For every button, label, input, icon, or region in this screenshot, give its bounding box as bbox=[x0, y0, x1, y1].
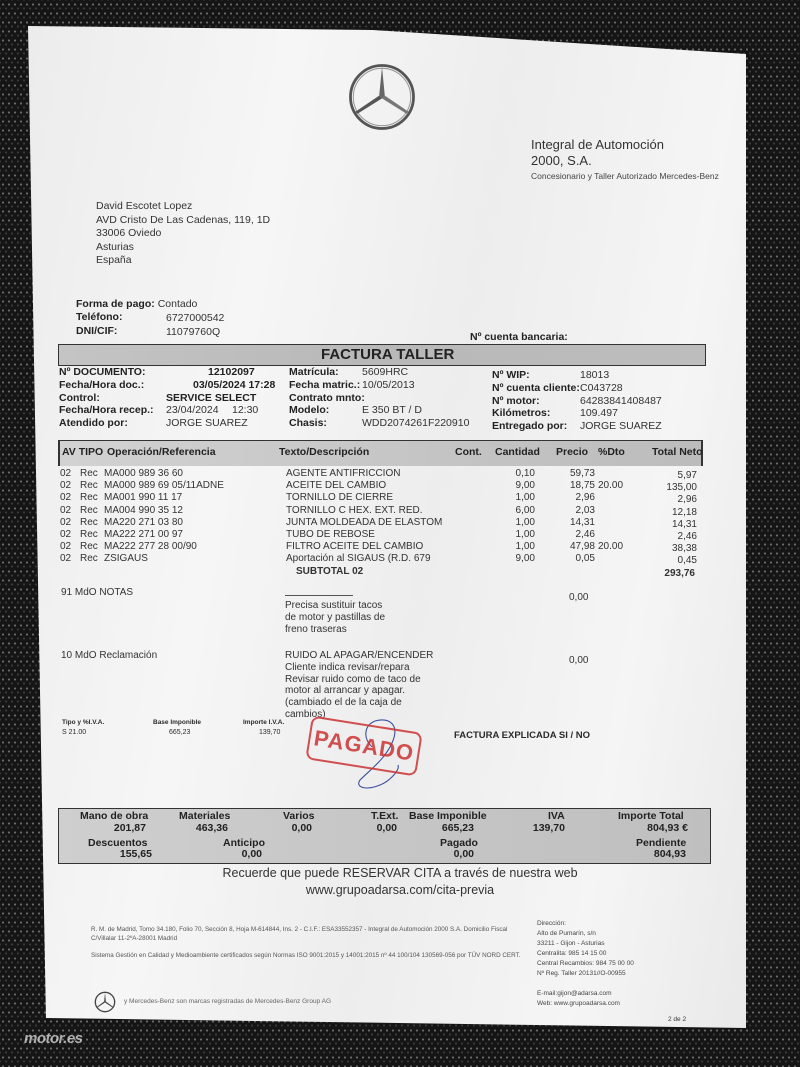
cell-tipo: Rec bbox=[80, 505, 98, 516]
external-label: T.Ext. bbox=[371, 810, 398, 822]
note-line: de motor y pastillas de bbox=[285, 612, 385, 623]
info-label: Chasis: bbox=[289, 417, 327, 429]
cell-ref: MA000 989 69 05/11ADNE bbox=[104, 480, 224, 491]
labor-value: 201,87 bbox=[80, 822, 146, 834]
info-label: Control: bbox=[59, 392, 100, 404]
cell-precio: 2,03 bbox=[545, 505, 595, 516]
col-total: Total Neto bbox=[652, 446, 703, 458]
cell-ref: MA222 277 28 00/90 bbox=[104, 541, 197, 552]
info-value: 109.497 bbox=[580, 407, 618, 419]
cell-total: 135,00 bbox=[640, 482, 697, 493]
note-line: Precisa sustituir tacos bbox=[285, 600, 382, 611]
pending-value: 804,93 bbox=[620, 848, 686, 860]
cell-av: 02 bbox=[60, 541, 71, 552]
cell-precio: 47,98 bbox=[545, 541, 595, 552]
vat-amount-value: 139,70 bbox=[259, 729, 280, 736]
customer-country: España bbox=[96, 254, 270, 268]
cell-tipo: Rec bbox=[80, 553, 98, 564]
note-amount: 0,00 bbox=[569, 592, 588, 603]
cell-cantidad: 9,00 bbox=[490, 480, 535, 491]
info-value: WDD2074261F220910 bbox=[362, 417, 469, 429]
paid-value: 0,00 bbox=[430, 848, 474, 860]
notes-divider bbox=[285, 595, 353, 596]
contact-address1: Alto de Pumarín, s/n bbox=[537, 929, 634, 939]
advance-value: 0,00 bbox=[215, 848, 262, 860]
contact-block: Dirección: Alto de Pumarín, s/n 33211 - … bbox=[537, 919, 634, 1009]
subtotal-label: SUBTOTAL 02 bbox=[296, 566, 363, 577]
note-line: (cambiado el de la caja de bbox=[285, 697, 402, 708]
cell-av: 02 bbox=[60, 517, 71, 528]
materials-label: Materiales bbox=[179, 810, 230, 822]
factura-explicada: FACTURA EXPLICADA SI / NO bbox=[454, 730, 590, 741]
cell-tipo: Rec bbox=[80, 492, 98, 503]
info-value: JORGE SUAREZ bbox=[580, 420, 662, 432]
contact-label: Dirección: bbox=[537, 919, 634, 929]
info-label: Kilómetros: bbox=[492, 407, 550, 419]
cell-desc: AGENTE ANTIFRICCION bbox=[286, 468, 400, 479]
phone: Teléfono: bbox=[76, 311, 122, 323]
col-dto: %Dto bbox=[598, 446, 625, 458]
dni: DNI/CIF: bbox=[76, 325, 117, 337]
note-line: RUIDO AL APAGAR/ENCENDER bbox=[285, 650, 433, 661]
vat-type-value: S 21.00 bbox=[62, 729, 86, 736]
legal-iso: Sistema Gestión en Calidad y Medioambien… bbox=[91, 951, 521, 960]
cell-cantidad: 1,00 bbox=[490, 529, 535, 540]
cell-av: 02 bbox=[60, 492, 71, 503]
cell-av: 02 bbox=[60, 529, 71, 540]
cell-total: 5,97 bbox=[640, 470, 697, 481]
company-subtitle: Concesionario y Taller Autorizado Merced… bbox=[531, 171, 719, 181]
info-value: 10/05/2013 bbox=[362, 379, 415, 391]
customer-city: 33006 Oviedo bbox=[96, 227, 270, 241]
cell-av: 02 bbox=[60, 553, 71, 564]
cell-tipo: Rec bbox=[80, 517, 98, 528]
contact-registry: Nº Reg. Taller 20131//O-00955 bbox=[537, 969, 634, 979]
col-av-tipo: AV TIPO bbox=[62, 446, 103, 458]
phone-value: 6727000542 bbox=[166, 312, 224, 324]
customer-region: Asturias bbox=[96, 241, 270, 255]
info-value-time: 12:30 bbox=[232, 404, 258, 416]
info-value: 03/05/2024 17:28 bbox=[193, 379, 275, 391]
cell-cantidad: 1,00 bbox=[490, 492, 535, 503]
cell-precio: 2,46 bbox=[545, 529, 595, 540]
info-label: Nº cuenta cliente: bbox=[492, 382, 580, 394]
cell-ref: ZSIGAUS bbox=[104, 553, 148, 564]
info-label: Fecha matric.: bbox=[289, 379, 360, 391]
info-label: Fecha/Hora recep.: bbox=[59, 404, 154, 416]
cell-tipo: Rec bbox=[80, 541, 98, 552]
misc-label: Varios bbox=[283, 810, 315, 822]
mercedes-star-icon bbox=[347, 62, 417, 132]
info-value: JORGE SUAREZ bbox=[166, 417, 248, 429]
note-code: 10 MdO Reclamación bbox=[61, 650, 157, 661]
info-value: 12102097 bbox=[208, 366, 255, 378]
cell-precio: 2,96 bbox=[545, 492, 595, 503]
cell-tipo: Rec bbox=[80, 468, 98, 479]
contact-web[interactable]: Web: www.grupoadarsa.com bbox=[537, 999, 634, 1009]
legal-registry: R. M. de Madrid, Tomo 34.180, Folio 70, … bbox=[91, 925, 521, 943]
cell-total: 0,45 bbox=[640, 555, 697, 566]
info-label: Nº motor: bbox=[492, 395, 540, 407]
customer-address: David Escotet Lopez AVD Cristo De Las Ca… bbox=[96, 200, 270, 268]
cell-total: 14,31 bbox=[640, 519, 697, 530]
payment-method: Forma de pago: Contado bbox=[76, 298, 197, 310]
cell-ref: MA222 271 00 97 bbox=[104, 529, 183, 540]
note-line: Revisar ruido como de taco de bbox=[285, 674, 421, 685]
company-name: Integral de Automoción 2000, S.A. bbox=[531, 137, 731, 169]
tax-base-value: 665,23 bbox=[420, 822, 474, 834]
cell-desc: FILTRO ACEITE DEL CAMBIO bbox=[286, 541, 423, 552]
cell-ref: MA220 271 03 80 bbox=[104, 517, 183, 528]
promo-text: Recuerde que puede RESERVAR CITA a travé… bbox=[0, 866, 800, 880]
info-label: Entregado por: bbox=[492, 420, 567, 432]
tax-base-label: Base Imponible bbox=[409, 810, 487, 822]
info-label: Fecha/Hora doc.: bbox=[59, 379, 144, 391]
info-label: Nº WIP: bbox=[492, 369, 530, 381]
customer-street: AVD Cristo De Las Cadenas, 119, 1D bbox=[96, 214, 270, 228]
info-label: Atendido por: bbox=[59, 417, 128, 429]
cell-cantidad: 6,00 bbox=[490, 505, 535, 516]
cell-precio: 59,73 bbox=[545, 468, 595, 479]
cell-total: 2,96 bbox=[640, 494, 697, 505]
contact-parts-phone: Central Recambios: 984 75 00 00 bbox=[537, 959, 634, 969]
cell-desc: TORNILLO C HEX. EXT. RED. bbox=[286, 505, 423, 516]
cell-desc: JUNTA MOLDEADA DE ELASTOM bbox=[286, 517, 442, 528]
misc-value: 0,00 bbox=[270, 822, 312, 834]
trademark-text: y Mercedes-Benz son marcas registradas d… bbox=[124, 998, 331, 1005]
contact-address2: 33211 - Gijon - Asturias bbox=[537, 939, 634, 949]
labor-label: Mano de obra bbox=[80, 810, 148, 822]
cell-cantidad: 1,00 bbox=[490, 541, 535, 552]
promo-url[interactable]: www.grupoadarsa.com/cita-previa bbox=[0, 883, 800, 897]
info-label: Modelo: bbox=[289, 404, 329, 416]
vat-amount-label: Importe I.V.A. bbox=[243, 719, 284, 726]
cell-desc: Aportación al SIGAUS (R.D. 679 bbox=[286, 553, 431, 564]
vat-value: 139,70 bbox=[520, 822, 565, 834]
cell-total: 12,18 bbox=[640, 507, 697, 518]
cell-precio: 0,05 bbox=[545, 553, 595, 564]
watermark: motor.es bbox=[24, 1030, 83, 1047]
cell-precio: 14,31 bbox=[545, 517, 595, 528]
cell-ref: MA004 990 35 12 bbox=[104, 505, 183, 516]
info-value: E 350 BT / D bbox=[362, 404, 422, 416]
page-number: 2 de 2 bbox=[668, 1016, 686, 1023]
info-value: SERVICE SELECT bbox=[166, 392, 256, 404]
contact-phone: Centralita: 985 14 15 00 bbox=[537, 949, 634, 959]
cell-cantidad: 1,00 bbox=[490, 517, 535, 528]
total-label: Importe Total bbox=[618, 810, 684, 822]
col-texto: Texto/Descripción bbox=[279, 446, 369, 458]
cell-precio: 18,75 bbox=[545, 480, 595, 491]
info-value: 23/04/2024 bbox=[166, 404, 219, 416]
note-amount: 0,00 bbox=[569, 655, 588, 666]
cell-total: 38,38 bbox=[640, 543, 697, 554]
vat-label: IVA bbox=[548, 810, 565, 822]
col-operacion: Operación/Referencia bbox=[107, 446, 216, 458]
note-line: freno traseras bbox=[285, 624, 347, 635]
cell-tipo: Rec bbox=[80, 529, 98, 540]
info-value: 18013 bbox=[580, 369, 609, 381]
info-label: Matrícula: bbox=[289, 366, 339, 378]
cell-av: 02 bbox=[60, 505, 71, 516]
cell-dto: 20.00 bbox=[598, 541, 638, 552]
customer-name: David Escotet Lopez bbox=[96, 200, 270, 214]
note-line: motor al arrancar y apagar. bbox=[285, 685, 405, 696]
cell-ref: MA001 990 11 17 bbox=[104, 492, 182, 503]
total-value: 804,93 € bbox=[610, 822, 688, 834]
cell-desc: TUBO DE REBOSE bbox=[286, 529, 375, 540]
info-label: Contrato mnto: bbox=[289, 392, 365, 404]
info-value: C043728 bbox=[580, 382, 623, 394]
cell-cantidad: 9,00 bbox=[490, 553, 535, 564]
col-cantidad: Cantidad bbox=[495, 446, 540, 458]
cell-cantidad: 0,10 bbox=[490, 468, 535, 479]
cell-ref: MA000 989 36 60 bbox=[104, 468, 183, 479]
vat-type-label: Tipo y %I.V.A. bbox=[62, 719, 104, 726]
mercedes-star-footer-icon bbox=[94, 991, 116, 1013]
cell-av: 02 bbox=[60, 480, 71, 491]
cell-total: 2,46 bbox=[640, 531, 697, 542]
company-name-line2: 2000, S.A. bbox=[531, 153, 731, 169]
info-label: Nº DOCUMENTO: bbox=[59, 366, 145, 378]
vat-base-label: Base Imponible bbox=[153, 719, 201, 726]
company-name-line1: Integral de Automoción bbox=[531, 137, 731, 153]
vat-base-value: 665,23 bbox=[169, 729, 190, 736]
cell-tipo: Rec bbox=[80, 480, 98, 491]
invoice-title: FACTURA TALLER bbox=[321, 346, 454, 363]
discounts-value: 155,65 bbox=[88, 848, 152, 860]
info-value: 5609HRC bbox=[362, 366, 408, 378]
note-code: 91 MdO NOTAS bbox=[61, 587, 133, 598]
cell-av: 02 bbox=[60, 468, 71, 479]
bank-account-label: Nº cuenta bancaria: bbox=[470, 331, 568, 343]
subtotal-value: 293,76 bbox=[620, 568, 695, 579]
note-line: Cliente indica revisar/repara bbox=[285, 662, 410, 673]
info-value: 64283841408487 bbox=[580, 395, 662, 407]
cell-dto: 20.00 bbox=[598, 480, 638, 491]
materials-value: 463,36 bbox=[170, 822, 228, 834]
contact-email[interactable]: E-mail:gijon@adarsa.com bbox=[537, 989, 634, 999]
dni-value: 11079760Q bbox=[166, 326, 220, 338]
col-precio: Precio bbox=[556, 446, 588, 458]
cell-desc: ACEITE DEL CAMBIO bbox=[286, 480, 386, 491]
cell-desc: TORNILLO DE CIERRE bbox=[286, 492, 393, 503]
col-cont: Cont. bbox=[455, 446, 482, 458]
external-value: 0,00 bbox=[357, 822, 397, 834]
